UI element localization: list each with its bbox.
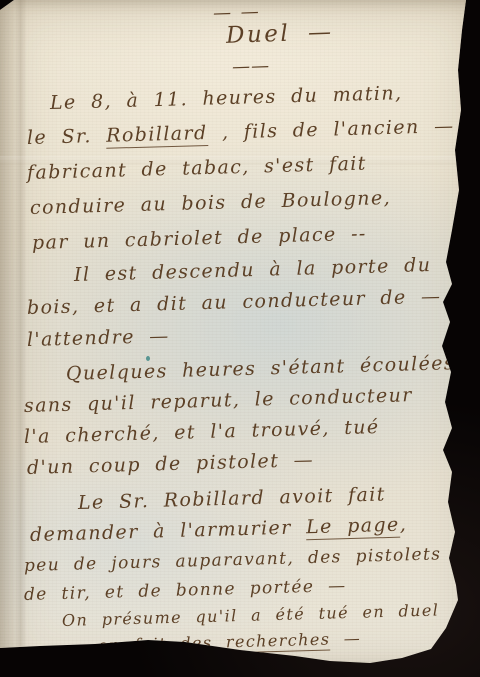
manuscript-line: On présume qu'il a été tué en duel — [62,600,471,630]
underlined-word: Robillard [106,122,208,149]
manuscript-line: bois, et a dit au conducteur de — [27,285,442,319]
manuscript-line: Le Sr. Robillard avoit fait [78,483,386,514]
manuscript-line: Il est descendu à la porte du [74,254,432,286]
manuscript-line: fabricant de tabac, s'est fait [27,153,367,184]
manuscript-line: on fait des recherches — [98,629,362,655]
manuscript-page: — — Duel — —— Le 8, à 11. heures du mati… [0,0,480,677]
manuscript-line: Quelques heures s'étant écoulées [66,352,456,385]
manuscript-line: de tir, et de bonne portée — [24,576,347,605]
manuscript-line: d'un coup de pistolet — [27,449,315,479]
page-title: Duel — [226,19,334,49]
manuscript-line: Le 8, à 11. heures du matin, [50,82,403,114]
manuscript-line: l'a cherché, et l'a trouvé, tué [24,416,380,448]
manuscript-line: peu de jours auparavant, des pistolets [24,544,442,576]
photo-of-manuscript: — — Duel — —— Le 8, à 11. heures du mati… [0,0,480,677]
underlined-word: recherches [226,630,331,654]
manuscript-line: par un cabriolet de place -- [32,223,367,254]
flourish-top: — — [213,1,261,24]
manuscript-line: demander à l'armurier Le page, [30,513,408,546]
handwriting-layer: — — Duel — —— Le 8, à 11. heures du mati… [0,0,480,677]
underlined-word: Le page [306,514,400,541]
manuscript-line: le Sr. Robillard , fils de l'ancien — [27,115,455,149]
manuscript-line: conduire au bois de Boulogne, [30,187,392,219]
manuscript-line: l'attendre — [27,325,170,351]
manuscript-line: sans qu'il reparut, le conducteur [24,384,413,417]
flourish-under-title: —— [232,55,271,77]
